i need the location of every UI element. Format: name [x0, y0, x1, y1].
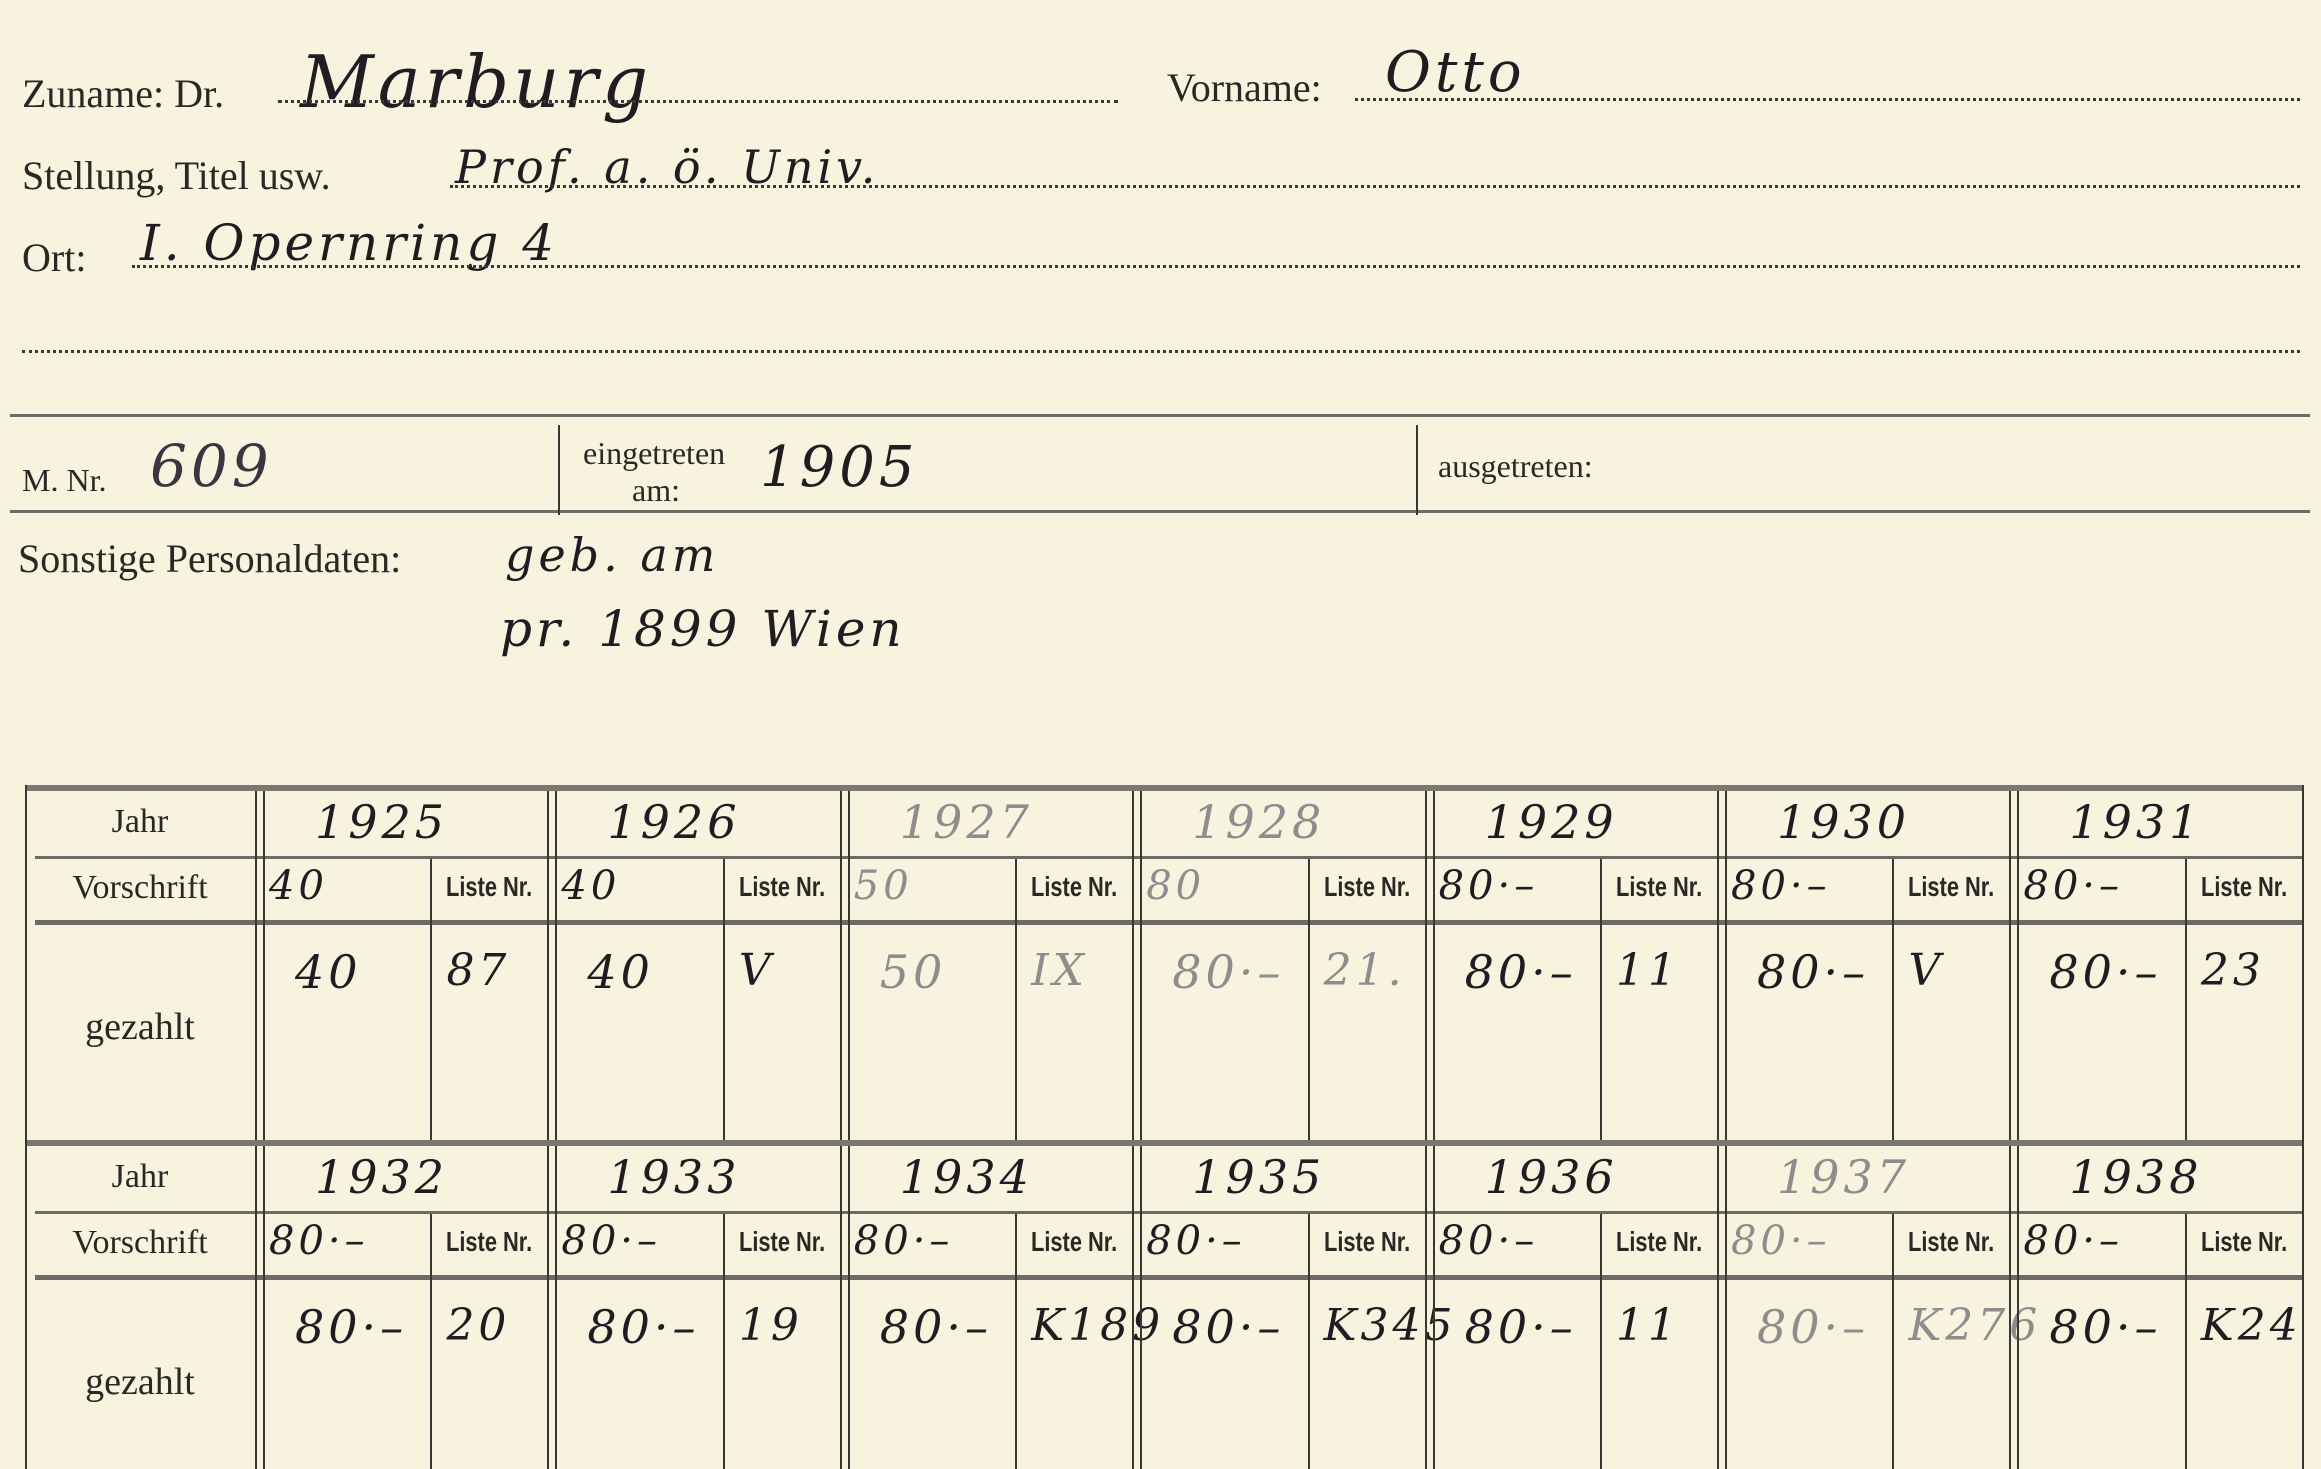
year-block-divider — [255, 1146, 265, 1469]
list-number-label: Liste Nr. — [1324, 1226, 1409, 1258]
blank-dotted-line — [22, 350, 2300, 353]
firstname-dotted-line — [1355, 98, 2300, 101]
paid-amount: 80·– — [1172, 1300, 1284, 1354]
list-number-value: V — [739, 945, 775, 996]
paid-amount: 80·– — [1757, 945, 1869, 999]
list-column-divider — [1892, 859, 1894, 1140]
required-amount: 80·– — [1146, 1218, 1246, 1264]
row-label-paid: gezahlt — [25, 1360, 255, 1404]
table-top-rule — [25, 785, 2302, 791]
list-number-label: Liste Nr. — [446, 1226, 531, 1258]
list-number-label: Liste Nr. — [1616, 1226, 1701, 1258]
list-number-value: 20 — [446, 1300, 510, 1351]
required-amount: 40 — [269, 863, 328, 909]
paid-amount: 50 — [880, 945, 947, 999]
year-value: 1929 — [1485, 795, 1618, 849]
required-row-separator — [35, 1275, 2302, 1280]
year-block-divider — [547, 791, 557, 1140]
list-number-label: Liste Nr. — [2201, 1226, 2286, 1258]
required-amount: 80·– — [854, 1218, 954, 1264]
required-amount: 80·– — [1731, 1218, 1831, 1264]
year-value: 1931 — [2069, 795, 2202, 849]
paid-amount: 80·– — [2049, 945, 2161, 999]
year-value: 1927 — [900, 795, 1033, 849]
required-amount: 80·– — [2023, 863, 2123, 909]
list-number-value: 19 — [739, 1300, 803, 1351]
required-amount: 80·– — [1439, 863, 1539, 909]
position-label: Stellung, Titel usw. — [22, 152, 331, 199]
list-column-divider — [2185, 1214, 2187, 1469]
list-column-divider — [430, 859, 432, 1140]
year-row-separator — [35, 1211, 2302, 1214]
membership-divider-1 — [558, 425, 560, 515]
year-block-divider — [1132, 791, 1142, 1140]
member-number-label: M. Nr. — [22, 462, 106, 499]
paid-amount: 80·– — [295, 1300, 407, 1354]
list-number-label: Liste Nr. — [1908, 1226, 1993, 1258]
year-value: 1936 — [1485, 1150, 1618, 1204]
paid-amount: 80·– — [880, 1300, 992, 1354]
year-block-divider — [2009, 791, 2019, 1140]
paid-amount: 80·– — [1757, 1300, 1869, 1354]
place-label: Ort: — [22, 234, 86, 281]
year-block-divider — [840, 1146, 850, 1469]
year-block-divider — [255, 791, 265, 1140]
year-block-divider — [1132, 1146, 1142, 1469]
row-label-required: Vorschrift — [25, 1224, 255, 1262]
list-number-value: 11 — [1616, 945, 1680, 996]
personal-data-label: Sonstige Personaldaten: — [18, 535, 401, 582]
list-column-divider — [1015, 859, 1017, 1140]
year-value: 1930 — [1777, 795, 1910, 849]
personal-data-line1: geb. am — [505, 528, 719, 582]
paid-amount: 80·– — [1172, 945, 1284, 999]
year-row-separator — [35, 856, 2302, 859]
list-number-value: IX — [1031, 945, 1088, 996]
list-number-label: Liste Nr. — [1031, 1226, 1116, 1258]
list-column-divider — [723, 859, 725, 1140]
required-row-separator — [35, 920, 2302, 925]
year-block-divider — [1425, 1146, 1435, 1469]
table-right-border — [2302, 785, 2304, 1140]
required-amount: 40 — [561, 863, 620, 909]
required-amount: 80·– — [1731, 863, 1831, 909]
list-column-divider — [1600, 859, 1602, 1140]
membership-top-rule — [10, 414, 2310, 417]
list-number-label: Liste Nr. — [1324, 871, 1409, 903]
required-amount: 80·– — [1439, 1218, 1539, 1264]
joined-label-line2: am: — [632, 472, 680, 509]
list-number-value: K276 — [1908, 1300, 2041, 1351]
place-value: I. Opernring 4 — [140, 214, 558, 272]
required-amount: 80·– — [561, 1218, 661, 1264]
list-number-label: Liste Nr. — [1908, 871, 1993, 903]
year-value: 1928 — [1192, 795, 1325, 849]
paid-amount: 80·– — [1465, 1300, 1577, 1354]
paid-amount: 80·– — [2049, 1300, 2161, 1354]
year-value: 1925 — [315, 795, 448, 849]
list-column-divider — [430, 1214, 432, 1469]
member-number-value: 609 — [150, 432, 273, 500]
list-column-divider — [1308, 859, 1310, 1140]
table-top-rule — [25, 1140, 2302, 1146]
list-number-value: 23 — [2201, 945, 2265, 996]
surname-dotted-line — [278, 100, 1118, 103]
surname-value: Marburg — [300, 40, 652, 124]
list-number-label: Liste Nr. — [2201, 871, 2286, 903]
list-number-value: 11 — [1616, 1300, 1680, 1351]
year-value: 1926 — [607, 795, 740, 849]
left-label: ausgetreten: — [1438, 448, 1593, 485]
surname-label: Zuname: Dr. — [22, 70, 224, 117]
position-dotted-line — [450, 185, 2300, 188]
list-column-divider — [1892, 1214, 1894, 1469]
list-number-value: K345 — [1324, 1300, 1457, 1351]
list-column-divider — [2185, 859, 2187, 1140]
row-label-year: Jahr — [25, 803, 255, 841]
paid-amount: 40 — [295, 945, 362, 999]
membership-divider-2 — [1416, 425, 1418, 515]
personal-data-line2: pr. 1899 Wien — [500, 600, 906, 658]
list-number-label: Liste Nr. — [739, 1226, 824, 1258]
list-number-label: Liste Nr. — [1031, 871, 1116, 903]
list-column-divider — [1600, 1214, 1602, 1469]
year-value: 1938 — [2069, 1150, 2202, 1204]
table-right-border — [2302, 1140, 2304, 1469]
firstname-value: Otto — [1385, 40, 1526, 105]
year-value: 1932 — [315, 1150, 448, 1204]
required-amount: 50 — [854, 863, 913, 909]
list-column-divider — [1308, 1214, 1310, 1469]
required-amount: 80·– — [2023, 1218, 2123, 1264]
year-block-divider — [1717, 1146, 1727, 1469]
required-amount: 80·– — [269, 1218, 369, 1264]
year-block-divider — [547, 1146, 557, 1469]
firstname-label: Vorname: — [1167, 64, 1322, 111]
membership-bottom-rule — [10, 510, 2310, 513]
year-value: 1934 — [900, 1150, 1033, 1204]
year-block-divider — [840, 791, 850, 1140]
year-value: 1937 — [1777, 1150, 1910, 1204]
year-value: 1935 — [1192, 1150, 1325, 1204]
joined-value: 1905 — [760, 435, 919, 500]
list-number-label: Liste Nr. — [446, 871, 531, 903]
list-number-value: K189 — [1031, 1300, 1164, 1351]
list-column-divider — [723, 1214, 725, 1469]
list-number-value: 87 — [446, 945, 510, 996]
required-amount: 80 — [1146, 863, 1205, 909]
list-number-value: 21. — [1324, 945, 1406, 996]
row-label-year: Jahr — [25, 1158, 255, 1196]
list-number-label: Liste Nr. — [1616, 871, 1701, 903]
year-block-divider — [2009, 1146, 2019, 1469]
paid-amount: 80·– — [1465, 945, 1577, 999]
row-label-required: Vorschrift — [25, 869, 255, 907]
year-block-divider — [1717, 791, 1727, 1140]
year-block-divider — [1425, 791, 1435, 1140]
paid-amount: 80·– — [587, 1300, 699, 1354]
place-dotted-line — [132, 265, 2300, 268]
list-number-label: Liste Nr. — [739, 871, 824, 903]
list-number-value: K24 — [2201, 1300, 2302, 1351]
list-number-value: V — [1908, 945, 1944, 996]
paid-amount: 40 — [587, 945, 654, 999]
year-value: 1933 — [607, 1150, 740, 1204]
row-label-paid: gezahlt — [25, 1005, 255, 1049]
joined-label-line1: eingetreten — [583, 435, 725, 472]
list-column-divider — [1015, 1214, 1017, 1469]
